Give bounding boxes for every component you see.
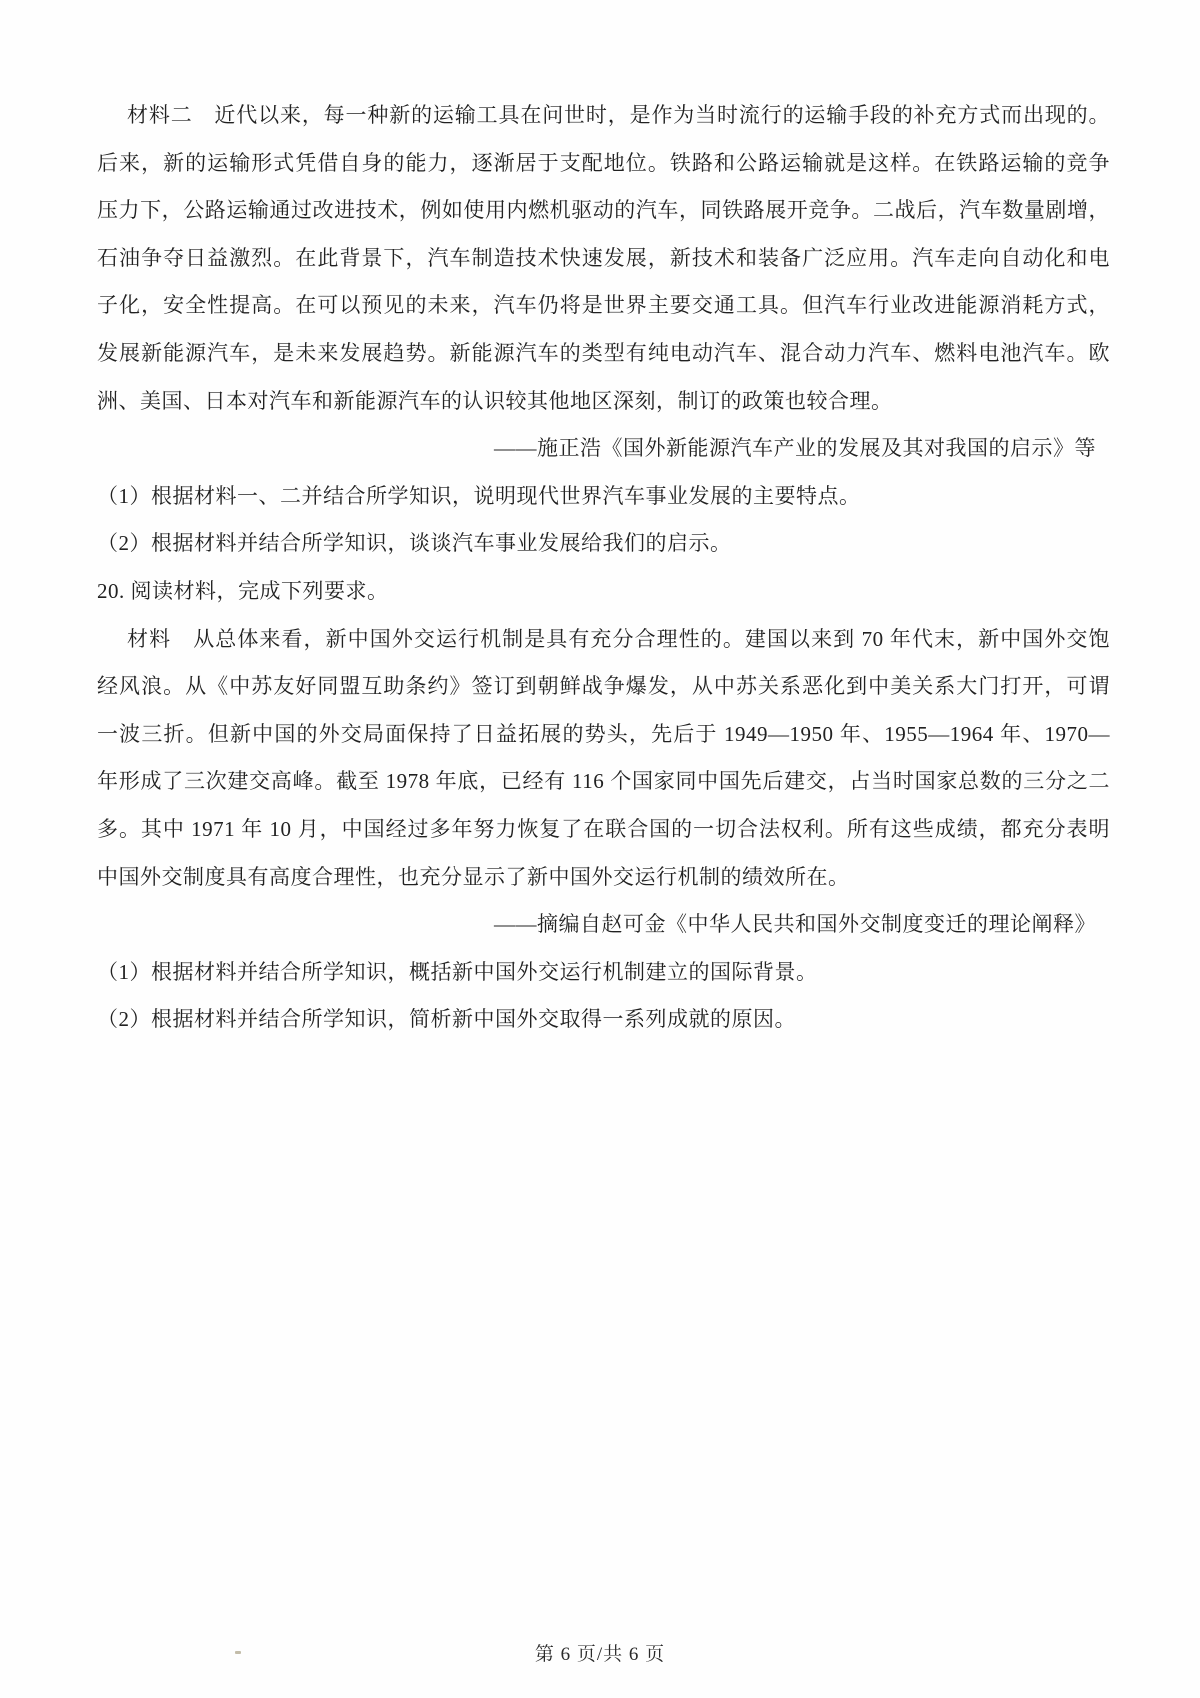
q20-sub-question-1: （1）根据材料并结合所学知识，概括新中国外交运行机制建立的国际背景。 (97, 949, 1110, 997)
exam-page: 材料二 近代以来，每一种新的运输工具在问世时，是作为当时流行的运输手段的补充方式… (0, 0, 1200, 1698)
q19-sub-question-2: （2）根据材料并结合所学知识，谈谈汽车事业发展给我们的启示。 (97, 520, 1110, 568)
q19-material2-line: 材料二 近代以来，每一种新的运输工具在问世时，是作为当时流行的运输手段的补充方式… (97, 92, 1110, 140)
q20-material-line: 多。其中 1971 年 10 月，中国经过多年努力恢复了在联合国的一切合法权利。… (97, 806, 1110, 854)
q19-material2-line: 石油争夺日益激烈。在此背景下，汽车制造技术快速发展，新技术和装备广泛应用。汽车走… (97, 235, 1110, 283)
q19-material2-line: 后来，新的运输形式凭借自身的能力，逐渐居于支配地位。铁路和公路运输就是这样。在铁… (97, 140, 1110, 188)
q20-sub-question-2: （2）根据材料并结合所学知识，简析新中国外交取得一系列成就的原因。 (97, 996, 1110, 1044)
q19-source-attribution: ——施正浩《国外新能源汽车产业的发展及其对我国的启示》等 (97, 425, 1110, 473)
q20-header: 20. 阅读材料，完成下列要求。 (97, 568, 1110, 616)
q19-material2-line: 子化，安全性提高。在可以预见的未来，汽车仍将是世界主要交通工具。但汽车行业改进能… (97, 282, 1110, 330)
q20-material-line: 一波三折。但新中国的外交局面保持了日益拓展的势头，先后于 1949—1950 年… (97, 711, 1110, 759)
q19-sub-question-1: （1）根据材料一、二并结合所学知识，说明现代世界汽车事业发展的主要特点。 (97, 473, 1110, 521)
q20-source-attribution: ——摘编自赵可金《中华人民共和国外交制度变迁的理论阐释》 (97, 901, 1110, 949)
q20-material-line: 经风浪。从《中苏友好同盟互助条约》签订到朝鲜战争爆发，从中苏关系恶化到中美关系大… (97, 663, 1110, 711)
q19-material2-line: 发展新能源汽车，是未来发展趋势。新能源汽车的类型有纯电动汽车、混合动力汽车、燃料… (97, 330, 1110, 378)
q20-material-line: 中国外交制度具有高度合理性，也充分显示了新中国外交运行机制的绩效所在。 (97, 854, 1110, 902)
q20-material-line: 材料 从总体来看，新中国外交运行机制是具有充分合理性的。建国以来到 70 年代末… (97, 616, 1110, 664)
page-footer: 第 6 页/共 6 页 (0, 1641, 1200, 1669)
q20-material-line: 年形成了三次建交高峰。截至 1978 年底，已经有 116 个国家同中国先后建交… (97, 758, 1110, 806)
q19-material2-line: 洲、美国、日本对汽车和新能源汽车的认识较其他地区深刻，制订的政策也较合理。 (97, 378, 1110, 426)
q19-material2-line: 压力下，公路运输通过改进技术，例如使用内燃机驱动的汽车，同铁路展开竞争。二战后，… (97, 187, 1110, 235)
exam-text-column: 材料二 近代以来，每一种新的运输工具在问世时，是作为当时流行的运输手段的补充方式… (97, 92, 1110, 1044)
